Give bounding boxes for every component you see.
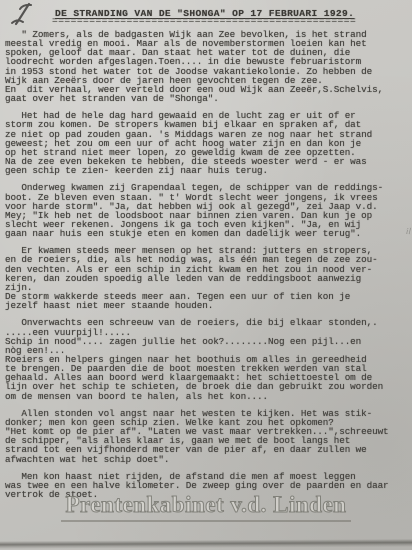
- text-line: gaat over het stranden van de "Shonga".: [5, 94, 410, 103]
- text-line: om de mensen van boord te halen, als het…: [5, 392, 410, 401]
- text-line: Schip in nood".... zagen jullie het ook?…: [5, 337, 410, 346]
- paragraph: Onderweg kwamen zij Grapendaal tegen, de…: [5, 183, 410, 238]
- paragraph: " Zomers, als de badgasten Wijk aan Zee …: [5, 30, 410, 103]
- scanned-document-page: DE STRANDING VAN DE "SHONGA" OP 17 FEBRU…: [0, 0, 412, 550]
- document-title-block: DE STRANDING VAN DE "SHONGA" OP 17 FEBRU…: [55, 8, 356, 26]
- title-double-underline: ========================================…: [52, 15, 356, 26]
- paragraph: Allen stonden vol angst naar het westen …: [5, 409, 410, 464]
- paragraph: Er kwamen steeds meer mensen op het stra…: [5, 246, 410, 310]
- watermark-text: Prentenkabinet v.d. Linden: [61, 492, 352, 522]
- handwritten-page-number-mark: [6, 1, 38, 31]
- text-line: jezelf haast niet meer staande houden.: [5, 301, 410, 310]
- paragraph: Het had de hele dag hard gewaaid en de l…: [5, 111, 410, 175]
- text-line: geen schip te zien- keerden zij naar hui…: [5, 166, 410, 175]
- watermark: Prentenkabinet v.d. Linden: [0, 492, 412, 522]
- text-line: gaan naar huis een stukje eten en komen …: [5, 229, 410, 238]
- margin-scribble: il: [406, 226, 412, 236]
- paragraph: Onverwachts een schreeuw van de roeiers,…: [5, 318, 410, 400]
- scan-edge-shadow: [0, 539, 412, 549]
- text-line: afwachten wat het schip doet".: [5, 455, 410, 464]
- document-body: " Zomers, als de badgasten Wijk aan Zee …: [5, 30, 410, 507]
- text-line: keren, dan zouden spoedig alle leden van…: [5, 274, 410, 283]
